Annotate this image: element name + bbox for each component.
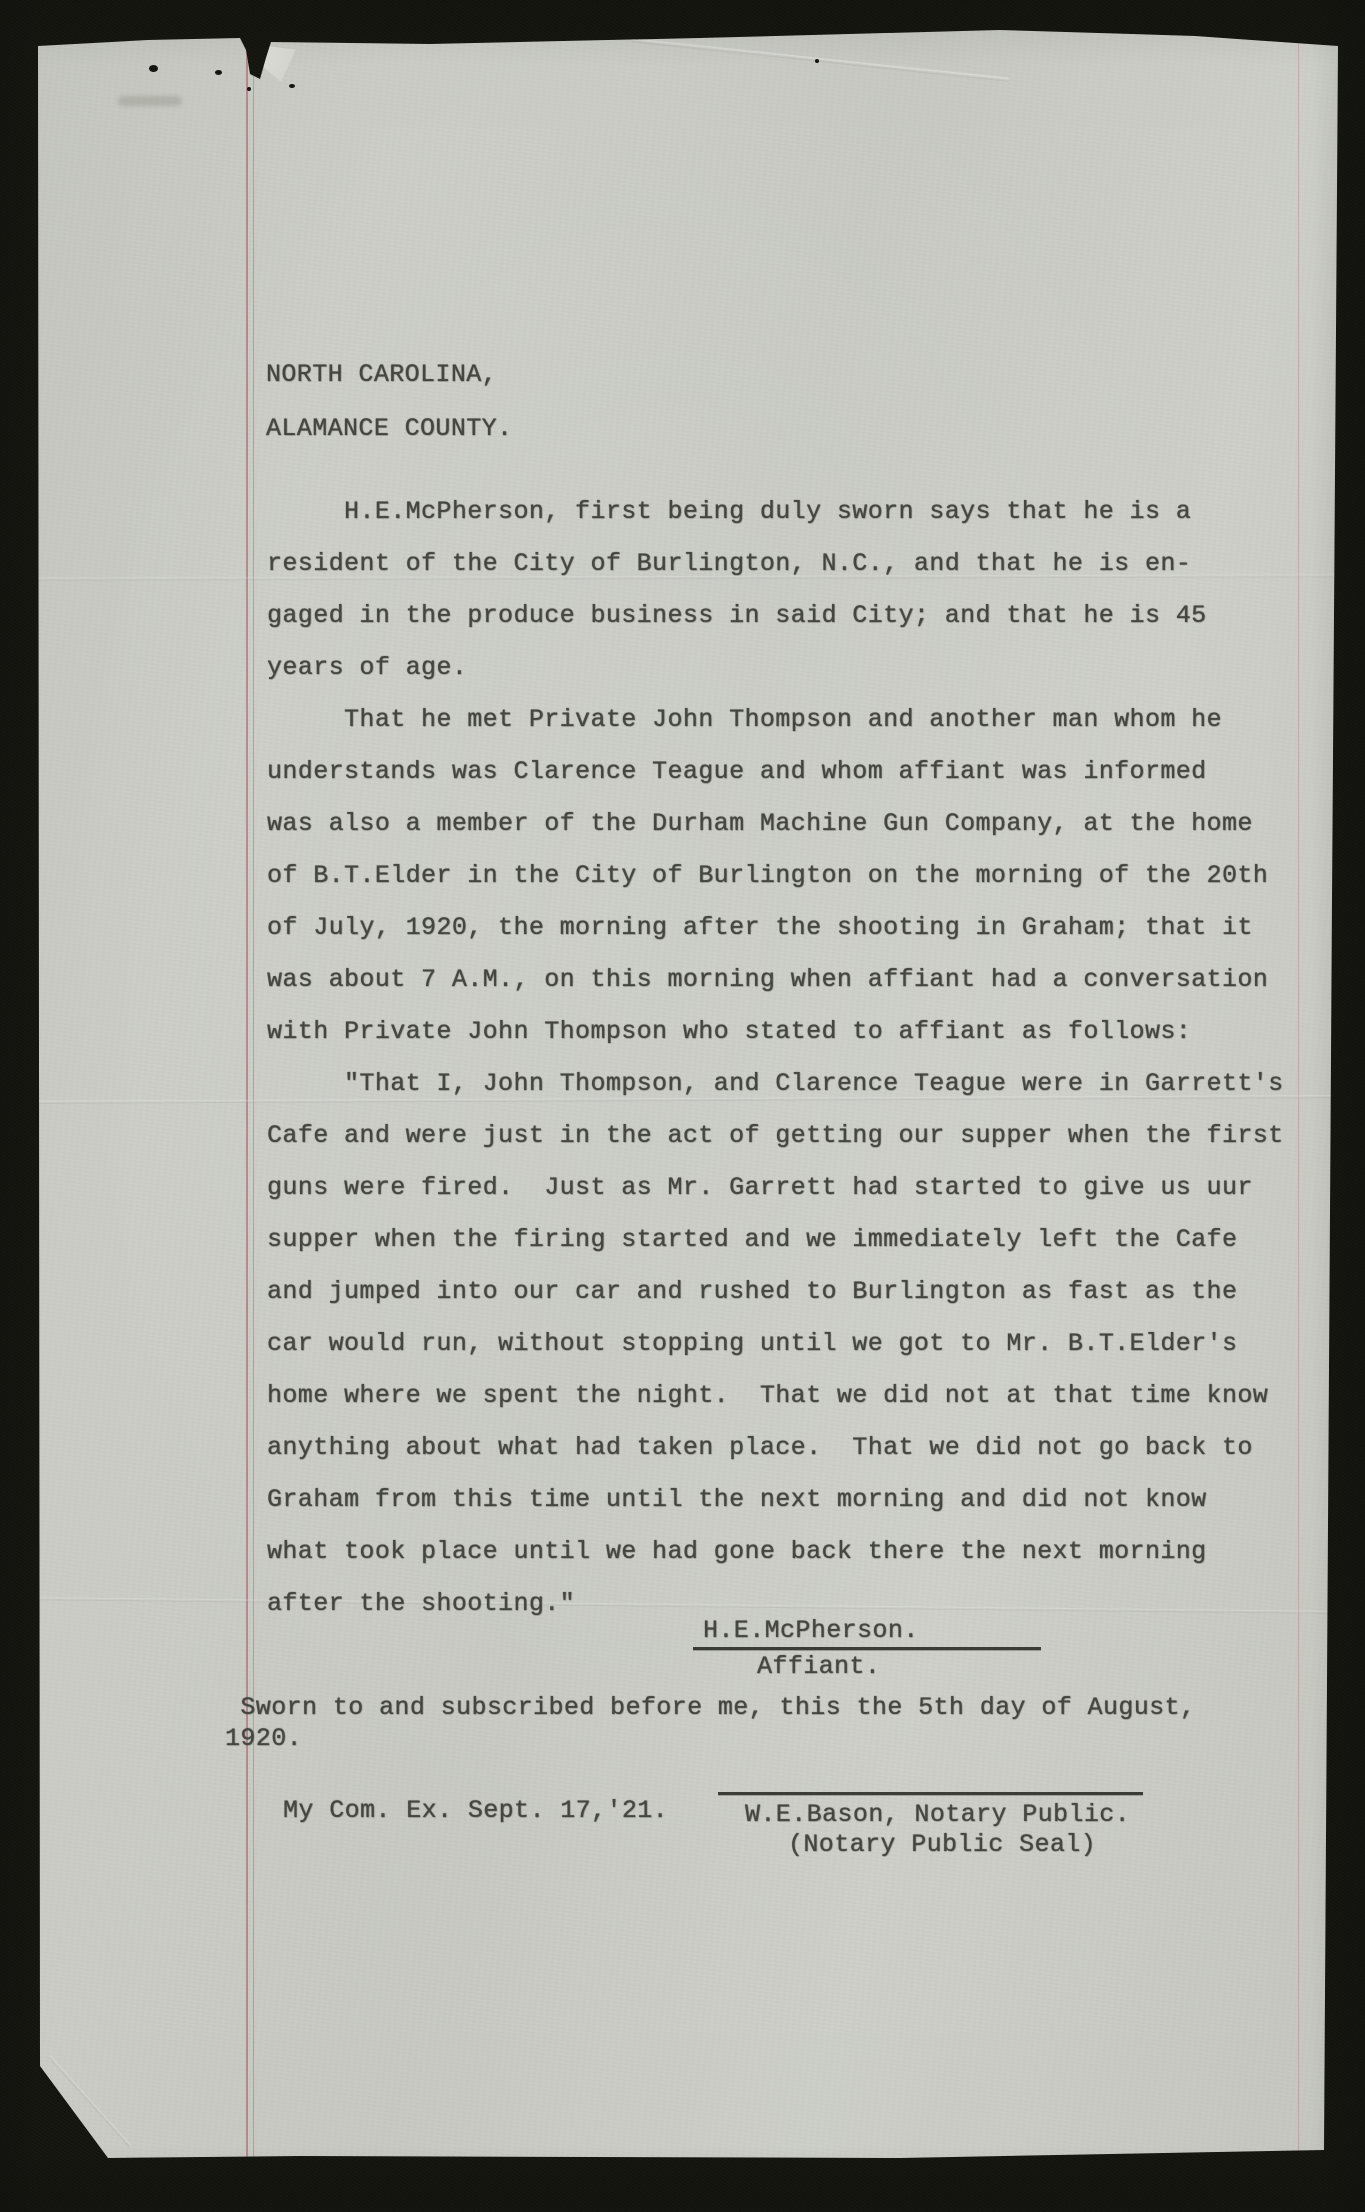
body-text-line: with Private John Thompson who stated to… <box>267 1006 1284 1058</box>
body-text-line: guns were fired. Just as Mr. Garrett had… <box>267 1162 1284 1214</box>
body-text-line: Cafe and were just in the act of getting… <box>267 1110 1284 1162</box>
body-text-line: of July, 1920, the morning after the sho… <box>267 902 1284 954</box>
paper-sheet: NORTH CAROLINA, ALAMANCE COUNTY. H.E.McP… <box>0 0 1365 2212</box>
affidavit-body: H.E.McPherson, first being duly sworn sa… <box>267 486 1284 1630</box>
body-text-line: understands was Clarence Teague and whom… <box>267 746 1284 798</box>
torn-edge-highlight <box>262 46 296 82</box>
body-text-line: anything about what had taken place. Tha… <box>267 1422 1284 1474</box>
body-text-line: was also a member of the Durham Machine … <box>267 798 1284 850</box>
bottom-left-fold <box>49 2056 132 2147</box>
signature-underline <box>693 1647 1041 1650</box>
ink-speck <box>215 70 222 75</box>
body-text-line: Graham from this time until the next mor… <box>267 1474 1284 1526</box>
notary-name-line: W.E.Bason, Notary Public. <box>745 1800 1130 1829</box>
body-text-line: H.E.McPherson, first being duly sworn sa… <box>267 486 1284 538</box>
faint-smudge <box>118 96 182 106</box>
left-margin-rule-inner <box>253 0 254 2212</box>
notary-signature-overline <box>718 1792 1143 1795</box>
ink-speck <box>149 65 158 72</box>
body-text-line: of B.T.Elder in the City of Burlington o… <box>267 850 1284 902</box>
ink-speck <box>815 59 819 63</box>
body-text-line: years of age. <box>267 642 1284 694</box>
left-margin-rule <box>246 0 248 2212</box>
attestation-line: 1920. <box>225 1723 1195 1754</box>
attestation-line: Sworn to and subscribed before me, this … <box>225 1692 1195 1723</box>
top-right-wrinkle <box>631 38 1009 82</box>
body-text-line: "That I, John Thompson, and Clarence Tea… <box>267 1058 1284 1110</box>
ink-speck <box>289 84 295 88</box>
body-text-line: and jumped into our car and rushed to Bu… <box>267 1266 1284 1318</box>
body-text-line: home where we spent the night. That we d… <box>267 1370 1284 1422</box>
state-line: NORTH CAROLINA, <box>266 348 512 402</box>
affiant-signature-title: Affiant. <box>757 1652 880 1681</box>
body-text-line: supper when the firing started and we im… <box>267 1214 1284 1266</box>
body-text-line: what took place until we had gone back t… <box>267 1526 1284 1578</box>
body-text-line: was about 7 A.M., on this morning when a… <box>267 954 1284 1006</box>
body-text-line: That he met Private John Thompson and an… <box>267 694 1284 746</box>
document-header: NORTH CAROLINA, ALAMANCE COUNTY. <box>266 348 512 456</box>
right-margin-rule <box>1298 0 1299 2212</box>
attestation-block: Sworn to and subscribed before me, this … <box>225 1692 1195 1754</box>
affiant-signature-name: H.E.McPherson. <box>703 1616 919 1645</box>
scanned-document: NORTH CAROLINA, ALAMANCE COUNTY. H.E.McP… <box>0 0 1365 2212</box>
body-text-line: gaged in the produce business in said Ci… <box>267 590 1284 642</box>
commission-expiration: My Com. Ex. Sept. 17,'21. <box>283 1796 668 1825</box>
notary-seal-line: (Notary Public Seal) <box>788 1830 1096 1859</box>
ink-speck <box>247 87 251 91</box>
body-text-line: resident of the City of Burlington, N.C.… <box>267 538 1284 590</box>
county-line: ALAMANCE COUNTY. <box>266 402 512 456</box>
body-text-line: car would run, without stopping until we… <box>267 1318 1284 1370</box>
